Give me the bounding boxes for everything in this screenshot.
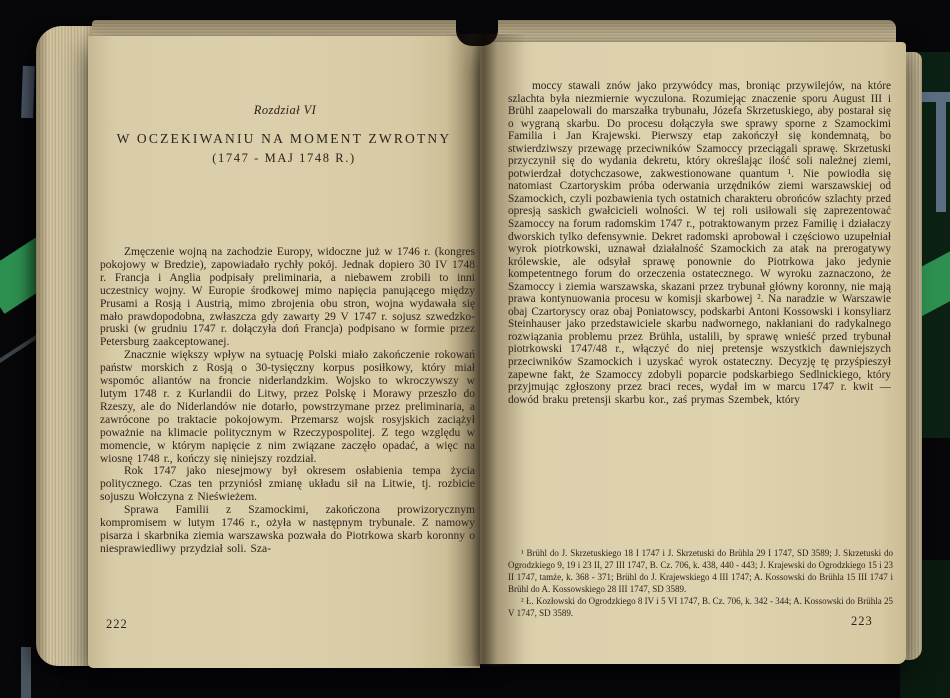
body-paragraph: Znacznie większy wpływ na sytuację Polsk… bbox=[100, 349, 475, 465]
chapter-subtitle: (1747 - MAJ 1748 R.) bbox=[88, 151, 480, 166]
book-spine-notch bbox=[456, 16, 498, 46]
deco-slate-bar-bottom-left bbox=[21, 647, 31, 698]
deco-slate-bar-top-left bbox=[21, 66, 35, 118]
page-number-right: 223 bbox=[851, 614, 873, 629]
body-paragraph: Rok 1747 jako niesejmowy był okresem osł… bbox=[100, 465, 475, 504]
footnote: ¹ Brühl do J. Skrzetuskiego 18 I 1747 i … bbox=[508, 547, 893, 595]
left-page-body: Zmęczenie wojną na zachodzie Europy, wid… bbox=[100, 246, 475, 616]
body-paragraph: Sprawa Familii z Szamockimi, zakończona … bbox=[100, 504, 475, 556]
book-photo-scene: Rozdział VI W OCZEKIWANIU NA MOMENT ZWRO… bbox=[0, 0, 950, 698]
chapter-title: W OCZEKIWANIU NA MOMENT ZWROTNY bbox=[88, 131, 480, 147]
right-page-body: moccy stawali znów jako przywódcy mas, b… bbox=[508, 80, 891, 544]
book-fore-edge-left bbox=[36, 26, 96, 666]
footnotes: ¹ Brühl do J. Skrzetuskiego 18 I 1747 i … bbox=[508, 547, 893, 621]
deco-slate-frame-vertical bbox=[936, 92, 946, 212]
chapter-label: Rozdział VI bbox=[95, 103, 475, 118]
body-paragraph: moccy stawali znów jako przywódcy mas, b… bbox=[508, 80, 891, 406]
footnote: ² Ł. Kozłowski do Ogrodzkiego 8 IV i 5 V… bbox=[508, 595, 893, 619]
body-paragraph: Zmęczenie wojną na zachodzie Europy, wid… bbox=[100, 246, 475, 349]
page-number-left: 222 bbox=[106, 617, 128, 632]
